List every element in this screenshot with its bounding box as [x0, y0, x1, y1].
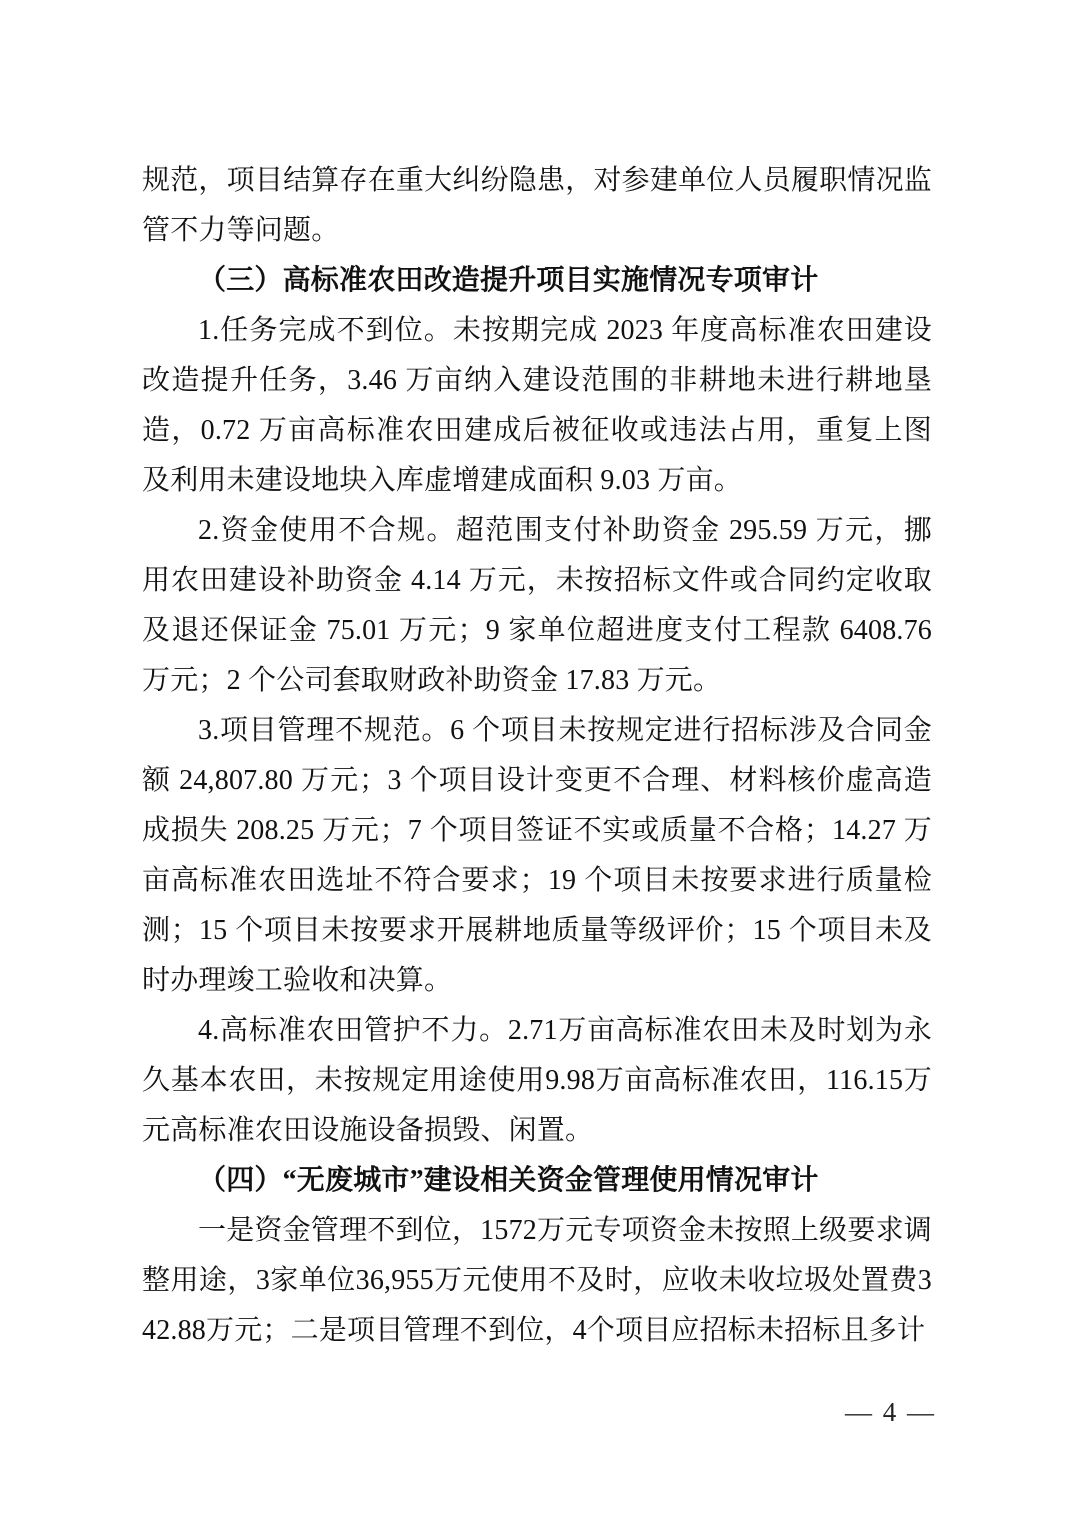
- paragraph-continuation: 规范，项目结算存在重大纠纷隐患，对参建单位人员履职情况监管不力等问题。: [142, 156, 932, 256]
- section-heading-four: （四）“无废城市”建设相关资金管理使用情况审计: [142, 1156, 932, 1206]
- document-page: 规范，项目结算存在重大纠纷隐患，对参建单位人员履职情况监管不力等问题。 （三）高…: [0, 0, 1074, 1520]
- paragraph-farmland-maintenance: 4.高标准农田管护不力。2.71万亩高标准农田未及时划为永久基本农田，未按规定用…: [142, 1006, 932, 1156]
- document-body: 规范，项目结算存在重大纠纷隐患，对参建单位人员履职情况监管不力等问题。 （三）高…: [142, 156, 932, 1356]
- paragraph-fund-usage: 2.资金使用不合规。超范围支付补助资金 295.59 万元，挪用农田建设补助资金…: [142, 506, 932, 706]
- page-number: — 4 —: [845, 1396, 936, 1428]
- section-heading-three: （三）高标准农田改造提升项目实施情况专项审计: [142, 256, 932, 306]
- paragraph-waste-free-city: 一是资金管理不到位，1572万元专项资金未按照上级要求调整用途，3家单位36,9…: [142, 1206, 932, 1356]
- paragraph-task-completion: 1.任务完成不到位。未按期完成 2023 年度高标准农田建设改造提升任务，3.4…: [142, 306, 932, 506]
- paragraph-project-management: 3.项目管理不规范。6 个项目未按规定进行招标涉及合同金额 24,807.80 …: [142, 706, 932, 1006]
